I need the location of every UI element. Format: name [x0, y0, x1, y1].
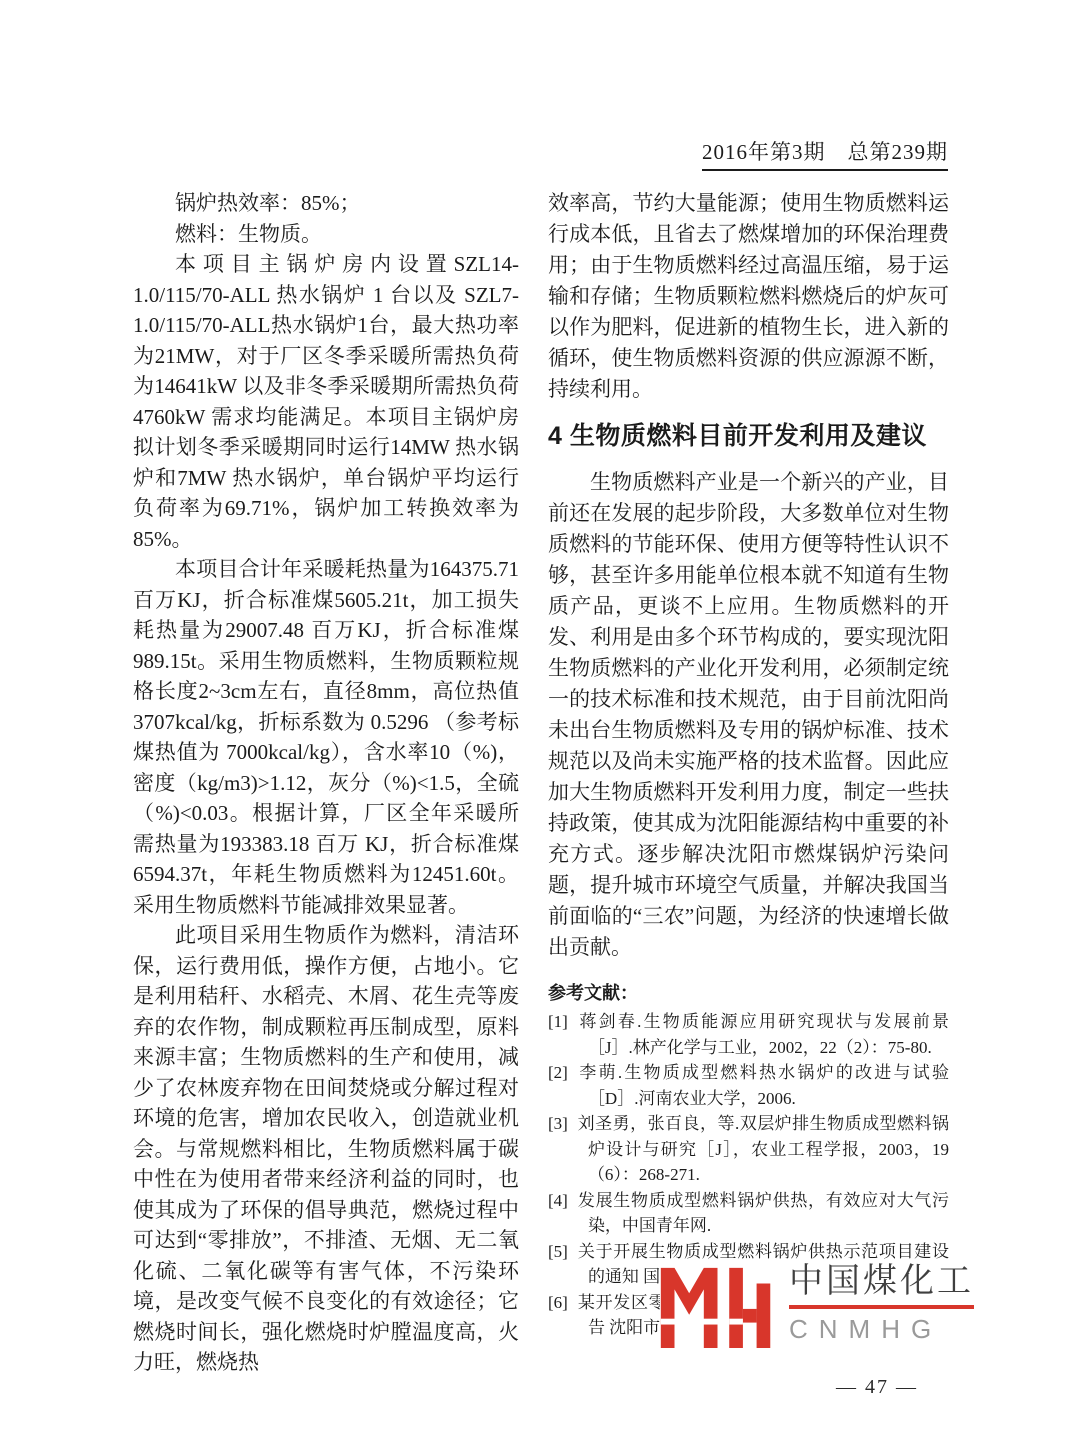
reference-label: [2]: [548, 1063, 568, 1082]
reference-item: [3]刘圣勇，张百良，等.双层炉排生物质成型燃料锅炉设计与研究［J］，农业工程学…: [548, 1111, 949, 1188]
journal-issue-header: 2016年第3期 总第239期: [702, 136, 948, 171]
reference-label: [1]: [548, 1012, 568, 1031]
reference-label: [3]: [548, 1114, 568, 1133]
reference-item: [2]李萌.生物质成型燃料热水锅炉的改进与试验［D］.河南农业大学，2006.: [548, 1060, 949, 1111]
project-boiler-paragraph: 本项目主锅炉房内设置SZL14-1.0/115/70-ALL 热水锅炉 1 台以…: [133, 249, 519, 554]
reference-text: 发展生物质成型燃料锅炉供热，有效应对大气污染，中国青年网.: [577, 1191, 949, 1236]
cnmhg-logo: 中国煤化工 CNMHG: [660, 1262, 974, 1348]
references-title: 参考文献：: [548, 980, 949, 1006]
issue-info: 2016年第3期 总第239期: [702, 140, 948, 164]
reference-item: [1]蒋剑春.生物质能源应用研究现状与发展前景［J］.林产化学与工业，2002，…: [548, 1009, 949, 1060]
left-column: 锅炉热效率：85%； 燃料：生物质。 本项目主锅炉房内设置SZL14-1.0/1…: [133, 188, 519, 1378]
reference-text: 蒋剑春.生物质能源应用研究现状与发展前景［J］.林产化学与工业，2002，22（…: [577, 1012, 949, 1057]
reference-text: 李萌.生物质成型燃料热水锅炉的改进与试验［D］.河南农业大学，2006.: [577, 1063, 949, 1108]
document-page: 2016年第3期 总第239期 锅炉热效率：85%； 燃料：生物质。 本项目主锅…: [0, 0, 1072, 1455]
section-heading: 4 生物质燃料目前开发利用及建议: [548, 416, 949, 452]
fuel-line: 燃料：生物质。: [133, 219, 519, 250]
page-number: — 47 —: [836, 1376, 918, 1399]
reference-label: [6]: [548, 1293, 568, 1312]
continuation-paragraph: 效率高，节约大量能源；使用生物质燃料运行成本低，且省去了燃煤增加的环保治理费用；…: [548, 188, 949, 405]
biomass-benefits-paragraph: 此项目采用生物质作为燃料，清洁环保，运行费用低，操作方便，占地小。它是利用秸秆、…: [133, 920, 519, 1378]
cnmhg-logo-text: 中国煤化工 CNMHG: [789, 1262, 974, 1344]
reference-item: [4]发展生物质成型燃料锅炉供热，有效应对大气污染，中国青年网.: [548, 1188, 949, 1239]
cnmhg-chinese-name: 中国煤化工: [789, 1262, 974, 1309]
boiler-efficiency-line: 锅炉热效率：85%；: [133, 188, 519, 219]
heat-consumption-paragraph: 本项目合计年采暖耗热量为164375.71 百万KJ，折合标准煤5605.21t…: [133, 554, 519, 920]
cnmhg-english-abbr: CNMHG: [789, 1314, 974, 1344]
reference-text: 刘圣勇，张百良，等.双层炉排生物质成型燃料锅炉设计与研究［J］，农业工程学报，2…: [577, 1114, 949, 1184]
development-suggestion-paragraph: 生物质燃料产业是一个新兴的产业，目前还在发展的起步阶段，大多数单位对生物质燃料的…: [548, 467, 949, 963]
reference-label: [5]: [548, 1242, 568, 1261]
right-column: 效率高，节约大量能源；使用生物质燃料运行成本低，且省去了燃煤增加的环保治理费用；…: [548, 188, 949, 1341]
cnmhg-mh-monogram-icon: [660, 1262, 775, 1348]
reference-label: [4]: [548, 1191, 568, 1210]
